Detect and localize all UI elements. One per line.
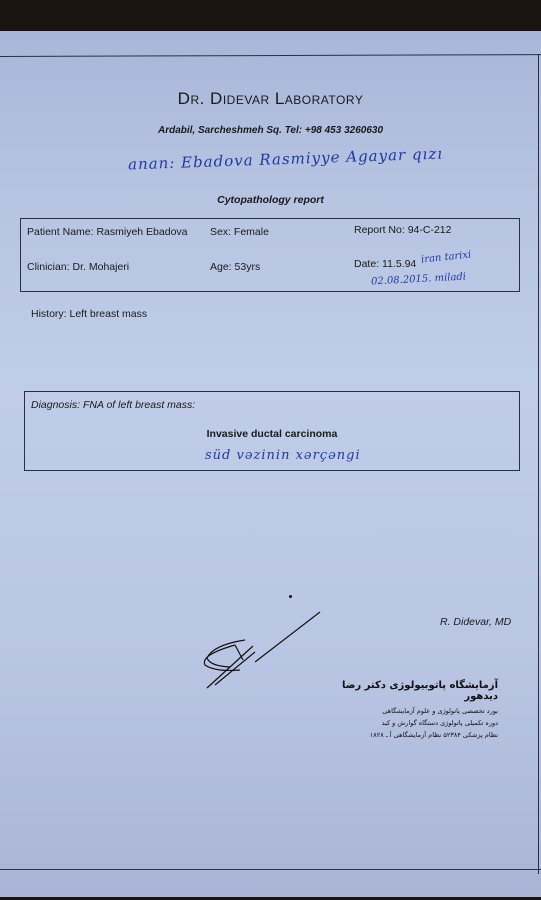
- handwritten-diagnosis-translation: süd vəzinin xərçəngi: [205, 448, 361, 463]
- report-date: Date: 11.5.94: [354, 258, 416, 270]
- lab-address: Ardabil, Sarcheshmeh Sq. Tel: +98 453 32…: [0, 125, 541, 136]
- diagnosis-box: Diagnosis: FNA of left breast mass: Inva…: [24, 391, 520, 471]
- page-border-right: [538, 54, 539, 874]
- page-border-bottom: [0, 869, 541, 870]
- stamp-line-1: آزمایشگاه پاتوبیولوژی دکتر رضا دیدهور: [320, 680, 498, 702]
- lab-name: Dr. Didevar Laboratory: [0, 89, 541, 109]
- stamp-line-2: بورد تخصصی پاتولوژی و علوم آزمایشگاهی: [320, 707, 498, 715]
- ink-dot: [289, 595, 292, 598]
- handwritten-gregorian-date: 02.08.2015. miladi: [371, 272, 467, 288]
- stamp-line-4: نظام پزشکی ۵۲۳۸۴ نظام آزمایشگاهی آ ـ ۱۸۲…: [320, 731, 498, 739]
- handwritten-date-note: iran tarixi: [421, 249, 472, 265]
- signature-icon: [195, 600, 335, 695]
- report-title: Cytopathology report: [0, 194, 541, 206]
- diagnosis-label: Diagnosis: FNA of left breast mass:: [31, 399, 195, 411]
- diagnosis-value: Invasive ductal carcinoma: [25, 428, 519, 440]
- report-number: Report No: 94-C-212: [354, 224, 451, 236]
- patient-name: Patient Name: Rasmiyeh Ebadova: [27, 226, 188, 238]
- lab-stamp: آزمایشگاه پاتوبیولوژی دکتر رضا دیدهور بو…: [320, 680, 498, 739]
- patient-sex: Sex: Female: [210, 226, 269, 238]
- patient-info-box: Patient Name: Rasmiyeh Ebadova Sex: Fema…: [20, 218, 520, 292]
- history: History: Left breast mass: [31, 308, 147, 320]
- signer-name: R. Didevar, MD: [440, 616, 511, 628]
- stamp-line-3: دوره تکمیلی پاتولوژی دستگاه گوارش و کبد: [320, 719, 498, 727]
- clinician: Clinician: Dr. Mohajeri: [27, 261, 129, 273]
- patient-age: Age: 53yrs: [210, 261, 260, 273]
